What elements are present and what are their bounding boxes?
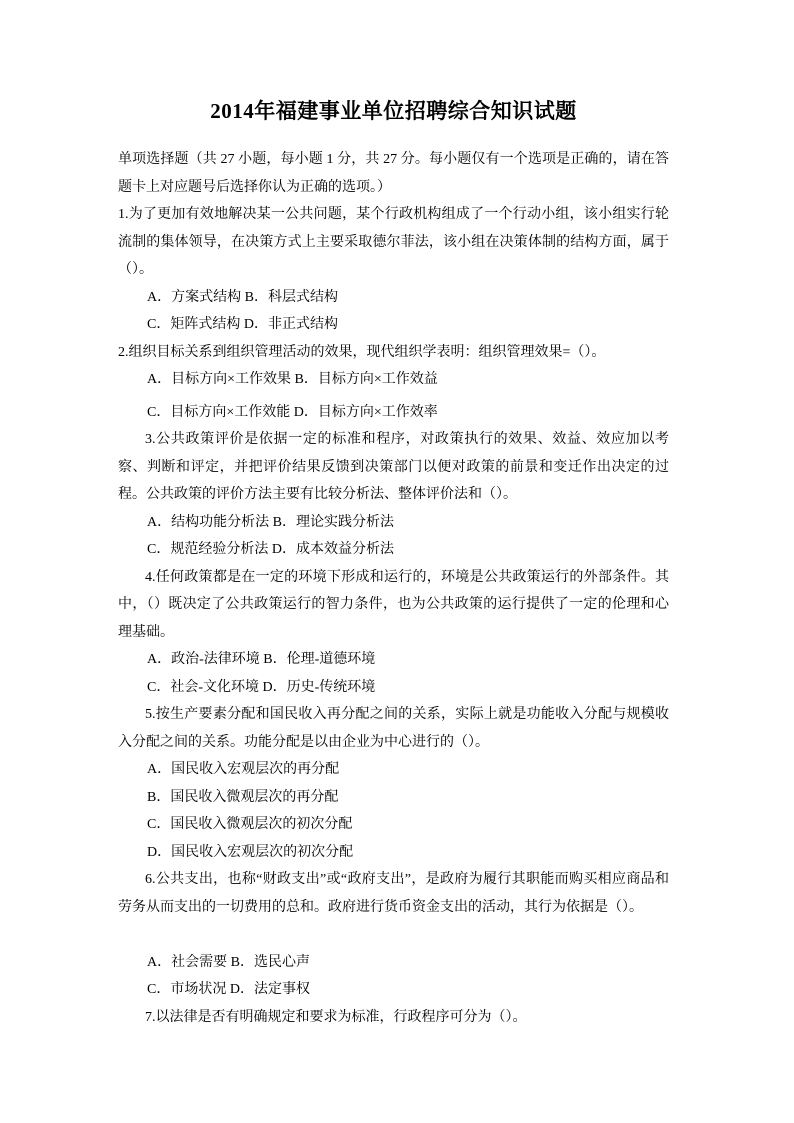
document-title: 2014年福建事业单位招聘综合知识试题 — [118, 96, 669, 127]
question-1-options-cd: C．矩阵式结构 D．非正式结构 — [118, 311, 669, 339]
question-7: 7.以法律是否有明确规定和要求为标准，行政程序可分为（）。 — [118, 1004, 669, 1032]
question-3: 3.公共政策评价是依据一定的标准和程序，对政策执行的效果、效益、效应加以考察、判… — [118, 426, 669, 564]
question-2: 2.组织目标关系到组织管理活动的效果，现代组织学表明：组织管理效果=（）。 A．… — [118, 339, 669, 427]
question-4: 4.任何政策都是在一定的环境下形成和运行的，环境是公共政策运行的外部条件。其中，… — [118, 564, 669, 702]
question-5-option-c: C．国民收入微观层次的初次分配 — [118, 811, 669, 839]
question-6: 6.公共支出，也称“财政支出”或“政府支出”，是政府为履行其职能而购买相应商品和… — [118, 866, 669, 1004]
question-2-options-cd: C．目标方向×工作效能 D．目标方向×工作效率 — [118, 399, 669, 427]
question-5-option-b: B．国民收入微观层次的再分配 — [118, 784, 669, 812]
question-3-stem: 3.公共政策评价是依据一定的标准和程序，对政策执行的效果、效益、效应加以考察、判… — [118, 426, 669, 509]
question-5-stem: 5.按生产要素分配和国民收入再分配之间的关系，实际上就是功能收入分配与规模收入分… — [118, 701, 669, 756]
question-7-stem: 7.以法律是否有明确规定和要求为标准，行政程序可分为（）。 — [118, 1004, 669, 1032]
question-2-options-ab: A．目标方向×工作效果 B．目标方向×工作效益 — [118, 366, 669, 394]
question-4-options-ab: A．政治-法律环境 B．伦理-道德环境 — [118, 646, 669, 674]
question-5: 5.按生产要素分配和国民收入再分配之间的关系，实际上就是功能收入分配与规模收入分… — [118, 701, 669, 866]
question-3-options-cd: C．规范经验分析法 D．成本效益分析法 — [118, 536, 669, 564]
question-4-stem: 4.任何政策都是在一定的环境下形成和运行的，环境是公共政策运行的外部条件。其中，… — [118, 564, 669, 647]
question-5-option-a: A．国民收入宏观层次的再分配 — [118, 756, 669, 784]
question-6-stem: 6.公共支出，也称“财政支出”或“政府支出”，是政府为履行其职能而购买相应商品和… — [118, 866, 669, 921]
question-1-options-ab: A．方案式结构 B．科层式结构 — [118, 284, 669, 312]
document-content: 2014年福建事业单位招聘综合知识试题 单项选择题（共 27 小题，每小题 1 … — [118, 96, 669, 1031]
question-2-stem: 2.组织目标关系到组织管理活动的效果，现代组织学表明：组织管理效果=（）。 — [118, 339, 669, 367]
question-3-options-ab: A．结构功能分析法 B．理论实践分析法 — [118, 509, 669, 537]
question-5-option-d: D．国民收入宏观层次的初次分配 — [118, 839, 669, 867]
exam-instructions: 单项选择题（共 27 小题，每小题 1 分，共 27 分。每小题仅有一个选项是正… — [118, 146, 669, 201]
question-1-stem: 1.为了更加有效地解决某一公共问题，某个行政机构组成了一个行动小组，该小组实行轮… — [118, 201, 669, 284]
question-6-options-cd: C．市场状况 D．法定事权 — [118, 976, 669, 1004]
question-1: 1.为了更加有效地解决某一公共问题，某个行政机构组成了一个行动小组，该小组实行轮… — [118, 201, 669, 339]
blank-line — [118, 921, 669, 949]
question-4-options-cd: C．社会-文化环境 D．历史-传统环境 — [118, 674, 669, 702]
question-6-options-ab: A．社会需要 B．选民心声 — [118, 949, 669, 977]
document-page: 2014年福建事业单位招聘综合知识试题 单项选择题（共 27 小题，每小题 1 … — [0, 0, 794, 1123]
